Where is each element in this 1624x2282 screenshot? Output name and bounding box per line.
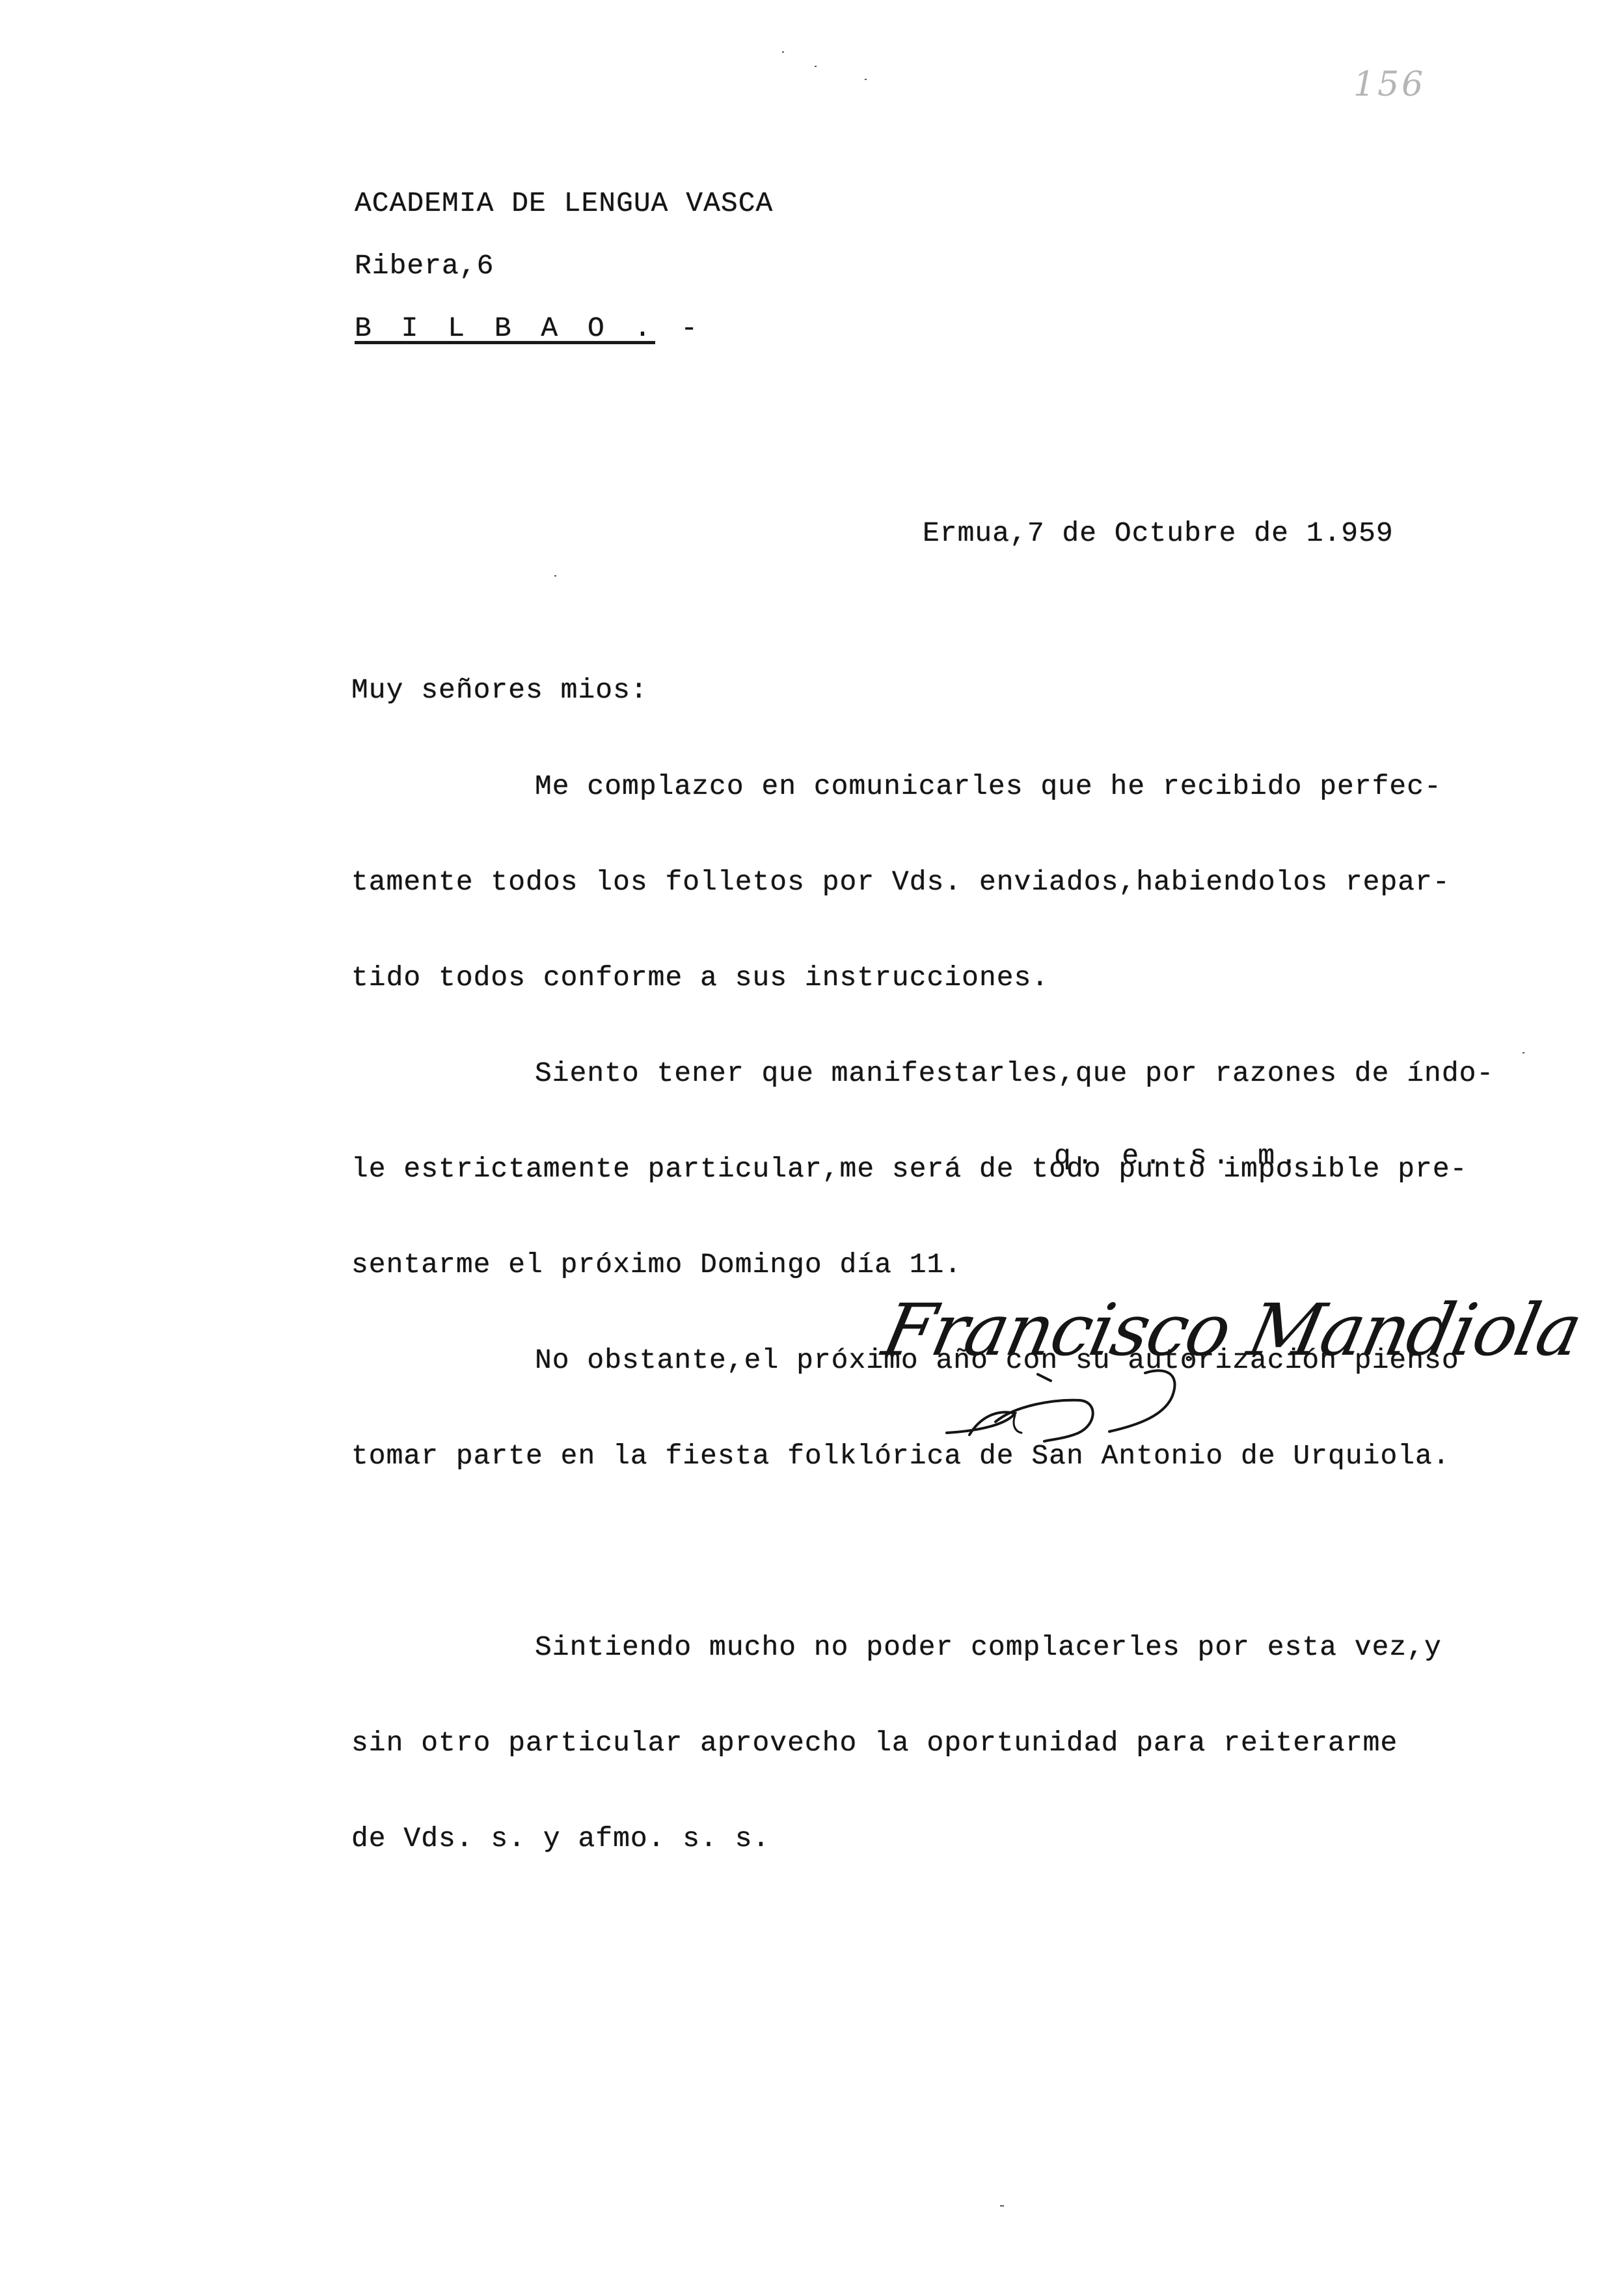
closing-abbreviation: q. e. s. m.	[1054, 1140, 1303, 1172]
body-line: de Vds. s. y afmo. s. s.	[351, 1823, 1494, 1854]
paragraph-gap	[351, 1536, 1494, 1568]
handwritten-signature: Francisco Mandiola	[859, 1275, 1509, 1471]
body-line: Sintiendo mucho no poder complacerles po…	[351, 1631, 1494, 1663]
recipient-name: ACADEMIA DE LENGUA VASCA	[355, 187, 773, 219]
body-line: sin otro particular aprovecho la oportun…	[351, 1727, 1494, 1759]
page-number-mark: 156	[1353, 65, 1426, 104]
recipient-city: B I L B A O . -	[355, 312, 704, 344]
recipient-street: Ribera,6	[355, 250, 494, 282]
city-underline	[355, 341, 655, 344]
date-line: Ermua,7 de Octubre de 1.959	[923, 517, 1394, 549]
salutation: Muy señores mios:	[351, 674, 648, 706]
signature-flourish-icon	[859, 1275, 1509, 1471]
body-line: le estrictamente particular,me será de t…	[351, 1153, 1494, 1185]
body-line: tamente todos los folletos por Vds. envi…	[351, 866, 1494, 898]
body-line: Siento tener que manifestarles,que por r…	[351, 1057, 1494, 1089]
body-line: tido todos conforme a sus instrucciones.	[351, 962, 1494, 994]
body-line: Me complazco en comunicarles que he reci…	[351, 770, 1494, 802]
letter-page: 156 ACADEMIA DE LENGUA VASCA Ribera,6 B …	[0, 0, 1624, 2282]
